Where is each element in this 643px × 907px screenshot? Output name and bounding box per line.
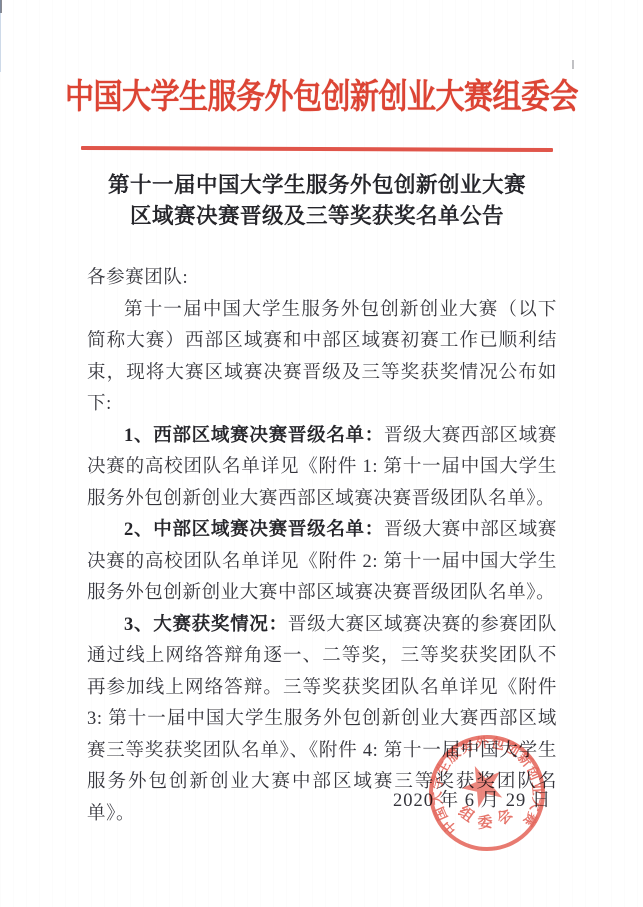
salutation: 各参赛团队:	[87, 263, 557, 295]
item-3-heading: 3、大赛获奖情况：	[124, 615, 288, 635]
item-2-heading: 2、中部区域赛决赛晋级名单：	[124, 520, 384, 540]
scanned-notice-page: 中国大学生服务外包创新创业大赛组委会 第十一届中国大学生服务外包创新创业大赛 区…	[0, 0, 643, 907]
notice-title-line2: 区域赛决赛晋级及三等奖获奖名单公告	[82, 201, 552, 232]
scan-artifact-left-edge	[0, 0, 1, 72]
scan-artifact-right-dash	[572, 60, 574, 69]
notice-title: 第十一届中国大学生服务外包创新创业大赛 区域赛决赛晋级及三等奖获奖名单公告	[82, 170, 552, 232]
item-paragraph-1: 1、西部区域赛决赛晋级名单：晋级大赛西部区域赛决赛的高校团队名单详见《附件 1:…	[87, 421, 557, 516]
intro-paragraph: 第十一届中国大学生服务外包创新创业大赛（以下简称大赛）西部区域赛和中部区域赛初赛…	[87, 295, 557, 421]
notice-title-line1: 第十一届中国大学生服务外包创新创业大赛	[82, 170, 552, 201]
item-paragraph-2: 2、中部区域赛决赛晋级名单：晋级大赛中部区域赛决赛的高校团队名单详见《附件 2:…	[87, 515, 557, 610]
issue-date: 2020 年 6 月 29 日	[393, 786, 551, 812]
item-1-heading: 1、西部区域赛决赛晋级名单：	[124, 426, 384, 446]
letterhead: 中国大学生服务外包创新创业大赛组委会	[0, 70, 643, 111]
notice-body: 各参赛团队: 第十一届中国大学生服务外包创新创业大赛（以下简称大赛）西部区域赛和…	[87, 263, 557, 830]
letterhead-divider-rule	[81, 146, 553, 152]
letterhead-org-title: 中国大学生服务外包创新创业大赛组委会	[65, 70, 578, 118]
